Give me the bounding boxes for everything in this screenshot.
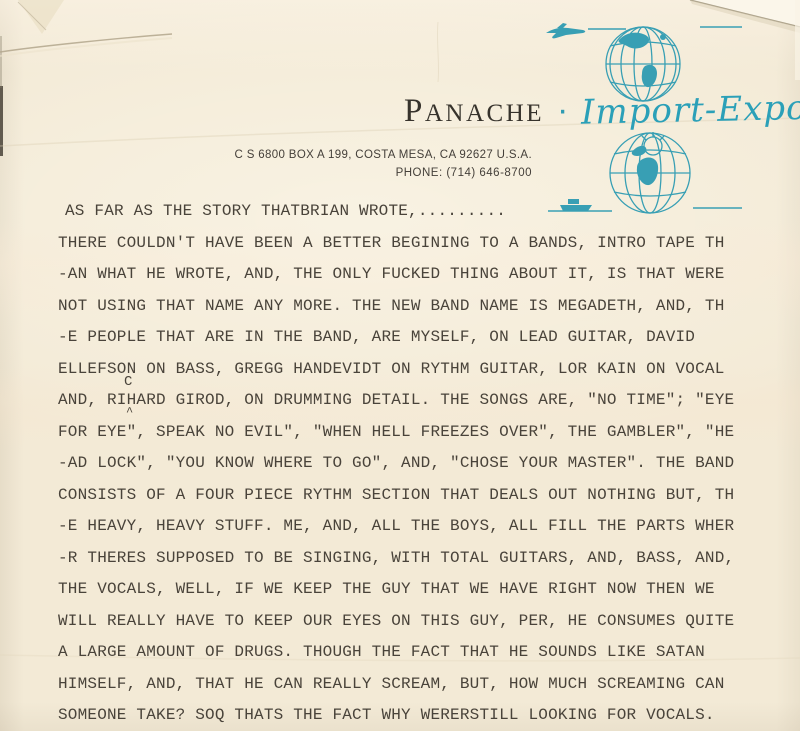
phone-line: PHONE: (714) 646-8700 <box>230 164 532 182</box>
letter-line: -E HEAVY, HEAVY STUFF. ME, AND, ALL THE … <box>58 511 734 543</box>
letter-line: CONSISTS OF A FOUR PIECE RYTHM SECTION T… <box>58 480 734 512</box>
letter-lines: AS FAR AS THE STORY THATBRIAN WROTE,....… <box>58 196 734 731</box>
letter-body: AS FAR AS THE STORY THATBRIAN WROTE,....… <box>58 196 734 731</box>
letter-line: A LARGE AMOUNT OF DRUGS. THOUGH THE FACT… <box>58 637 734 669</box>
letter-line: AND, RIHARD GIROD, ON DRUMMING DETAIL. T… <box>58 385 734 417</box>
brand-separator-dot: · <box>557 91 568 130</box>
address-line: C S 6800 BOX A 199, COSTA MESA, CA 92627… <box>230 146 532 164</box>
letter-line: THE VOCALS, WELL, IF WE KEEP THE GUY THA… <box>58 574 734 606</box>
letter-line: ELLEFSON ON BASS, GREGG HANDEVIDT ON RYT… <box>58 354 734 386</box>
letter-line: FOR EYE", SPEAK NO EVIL", "WHEN HELL FRE… <box>58 417 734 449</box>
letter-line: WILL REALLY HAVE TO KEEP OUR EYES ON THI… <box>58 606 734 638</box>
typed-correction-char: C <box>124 374 132 390</box>
scanned-letter: PANACHE · Import-Export C S 6800 BOX A 1… <box>0 0 800 731</box>
insertion-caret-icon: ^ <box>126 405 133 419</box>
letter-line: AS FAR AS THE STORY THATBRIAN WROTE,....… <box>58 196 734 228</box>
letter-line: NOT USING THAT NAME ANY MORE. THE NEW BA… <box>58 291 734 323</box>
letter-line: -E PEOPLE THAT ARE IN THE BAND, ARE MYSE… <box>58 322 734 354</box>
letterhead: PANACHE · Import-Export <box>404 90 800 130</box>
letter-line: SOMEONE TAKE? SOQ THATS THE FACT WHY WER… <box>58 700 734 731</box>
letter-line: THERE COULDN'T HAVE BEEN A BETTER BEGINI… <box>58 228 734 260</box>
brand-name: PANACHE <box>404 93 544 130</box>
letter-line: -AD LOCK", "YOU KNOW WHERE TO GO", AND, … <box>58 448 734 480</box>
address-block: C S 6800 BOX A 199, COSTA MESA, CA 92627… <box>230 146 532 182</box>
letter-line: -R THERES SUPPOSED TO BE SINGING, WITH T… <box>58 543 734 575</box>
letter-line: -AN WHAT HE WROTE, AND, THE ONLY FUCKED … <box>58 259 734 291</box>
letter-line: HIMSELF, AND, THAT HE CAN REALLY SCREAM,… <box>58 669 734 701</box>
brand-tagline: Import-Export <box>581 87 800 132</box>
